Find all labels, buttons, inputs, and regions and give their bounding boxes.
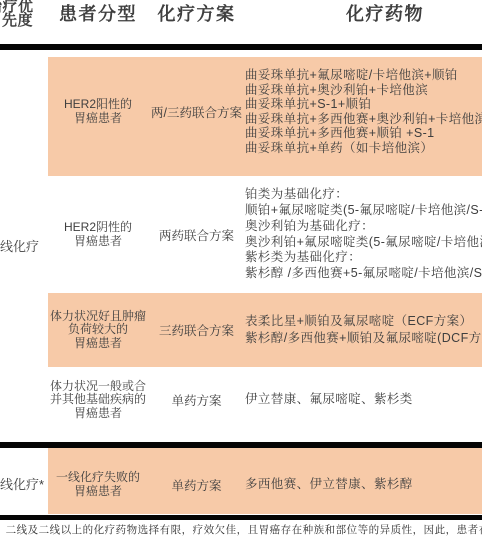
patient-line: 胃癌患者 <box>50 337 146 351</box>
patient-type-cell: 体力状况好且肿瘤 负荷较大的 胃癌患者 <box>48 293 148 367</box>
drug-line: 曲妥珠单抗+奥沙利铂+卡培他滨 <box>245 83 428 98</box>
patient-line: 胃癌患者 <box>50 407 146 421</box>
drug-line: 伊立替康、氟尿嘧啶、紫杉类 <box>245 391 413 409</box>
drug-line: 曲妥珠单抗+单药（如卡培他滨） <box>245 141 433 156</box>
patient-line: 胃癌患者 <box>64 235 132 249</box>
table-row: 体力状况一般或合 并其他基础疾病的 胃癌患者 单药方案 伊立替康、氟尿嘧啶、紫杉… <box>48 367 482 440</box>
drugs-cell: 曲妥珠单抗+氟尿嘧啶/卡培他滨+顺铂 曲妥珠单抗+奥沙利铂+卡培他滨 曲妥珠单抗… <box>245 57 482 176</box>
header-patient-type: 患者分型 <box>48 3 148 25</box>
regimen-cell: 两药联合方案 <box>148 176 245 293</box>
patient-line: 并其他基础疾病的 <box>50 393 146 407</box>
drug-line: 奥沙利铂为基础化疗： <box>245 219 374 235</box>
patient-type-cell: HER2阳性的 胃癌患者 <box>48 57 148 176</box>
footer-divider-rule <box>0 515 482 520</box>
drug-line: 多西他赛、伊立替康、紫杉醇 <box>245 476 413 494</box>
regimen-cell: 三药联合方案 <box>148 293 245 367</box>
chemo-regimen-table: 治疗优 先度 患者分型 化疗方案 化疗药物 一线化疗 二线化疗* HER2阳性的… <box>0 0 482 536</box>
header-priority: 治疗优 先度 <box>0 0 48 33</box>
header-regimen: 化疗方案 <box>148 3 245 25</box>
header-drugs: 化疗药物 <box>300 3 470 25</box>
patient-line: 胃癌患者 <box>64 112 132 126</box>
drugs-cell: 铂类为基础化疗： 顺铂+氟尿嘧啶类(5-氟尿嘧啶/卡培他滨/S-1) 奥沙利铂为… <box>245 176 482 293</box>
patient-type-cell: HER2阴性的 胃癌患者 <box>48 176 148 293</box>
drug-line: 曲妥珠单抗+S-1+顺铂 <box>245 97 371 112</box>
section-divider-rule <box>0 442 482 448</box>
patient-line: HER2阴性的 <box>64 221 132 235</box>
table-row: 一线化疗失败的 胃癌患者 单药方案 多西他赛、伊立替康、紫杉醇 <box>48 448 482 514</box>
regimen-cell: 单药方案 <box>148 448 245 514</box>
section-label-first-line: 一线化疗 <box>0 239 39 254</box>
drug-line: 紫杉醇 /多西他赛+5-氟尿嘧啶/卡培他滨/S-1 <box>245 266 482 282</box>
regimen-cell: 单药方案 <box>148 367 245 440</box>
patient-line: 一线化疗失败的 <box>56 471 140 485</box>
table-row: HER2阴性的 胃癌患者 两药联合方案 铂类为基础化疗： 顺铂+氟尿嘧啶类(5-… <box>48 176 482 293</box>
section-label-second-line: 二线化疗* <box>0 477 44 492</box>
table-row: HER2阳性的 胃癌患者 两/三药联合方案 曲妥珠单抗+氟尿嘧啶/卡培他滨+顺铂… <box>48 57 482 176</box>
drug-line: 紫杉类为基础化疗： <box>245 250 361 266</box>
drug-line: 紫杉醇/多西他赛+顺铂及氟尿嘧啶(DCF方案) <box>245 330 482 348</box>
drug-line: 曲妥珠单抗+氟尿嘧啶/卡培他滨+顺铂 <box>245 68 458 83</box>
drug-line: 曲妥珠单抗+多西他赛+奥沙利铂+卡培他滨 <box>245 112 482 127</box>
header-priority-line2: 先度 <box>2 13 33 28</box>
drug-line: 表柔比星+顺铂及氟尿嘧啶（ECF方案） <box>245 313 472 331</box>
drug-line: 铂类为基础化疗： <box>245 187 348 203</box>
footnote-text: *：二线及二线以上的化疗药物选择有限，疗效欠佳，且胃癌存在种族和部位等的异质性，… <box>0 522 482 536</box>
drug-line: 奥沙利铂+氟尿嘧啶类(5-氟尿嘧啶/卡培他滨/S-1) <box>245 235 482 251</box>
patient-type-cell: 一线化疗失败的 胃癌患者 <box>48 448 148 514</box>
drug-line: 顺铂+氟尿嘧啶类(5-氟尿嘧啶/卡培他滨/S-1) <box>245 203 482 219</box>
regimen-cell: 两/三药联合方案 <box>148 57 245 176</box>
patient-line: HER2阳性的 <box>64 98 132 112</box>
drugs-cell: 表柔比星+顺铂及氟尿嘧啶（ECF方案） 紫杉醇/多西他赛+顺铂及氟尿嘧啶(DCF… <box>245 293 482 367</box>
patient-line: 负荷较大的 <box>50 323 146 337</box>
table-row: 体力状况好且肿瘤 负荷较大的 胃癌患者 三药联合方案 表柔比星+顺铂及氟尿嘧啶（… <box>48 293 482 367</box>
patient-type-cell: 体力状况一般或合 并其他基础疾病的 胃癌患者 <box>48 367 148 440</box>
drug-line: 曲妥珠单抗+多西他赛+顺铂 +S-1 <box>245 126 435 141</box>
drugs-cell: 多西他赛、伊立替康、紫杉醇 <box>245 448 482 514</box>
header-divider-rule <box>0 44 482 50</box>
drugs-cell: 伊立替康、氟尿嘧啶、紫杉类 <box>245 367 482 440</box>
patient-line: 胃癌患者 <box>56 485 140 499</box>
